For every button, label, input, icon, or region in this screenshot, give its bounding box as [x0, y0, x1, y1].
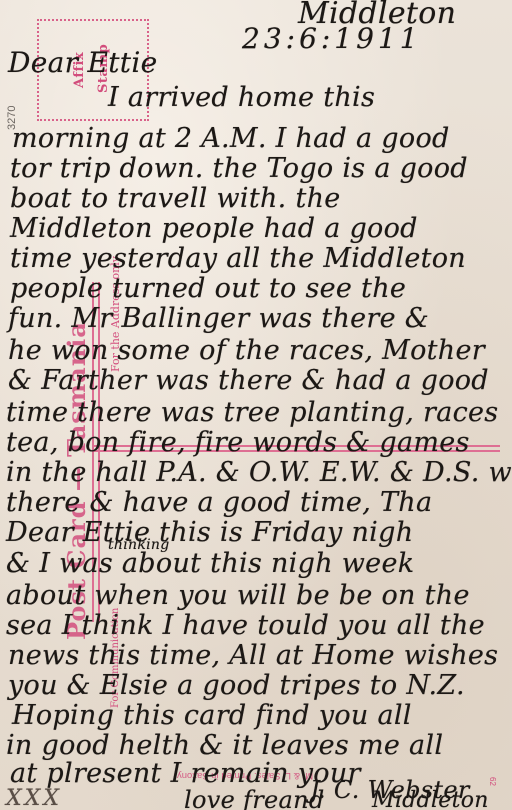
- letter-line: morning at 2 A.M. I had a good: [12, 123, 450, 154]
- letter-line: tea, bon fire, fire words & games: [6, 427, 470, 458]
- letter-line: Dear Ettie this is Friday nigh: [6, 517, 413, 548]
- serial-number: 62: [488, 777, 497, 786]
- letter-line: he won some of the races, Mother: [8, 335, 485, 366]
- letter-line: at plresent I remain your: [10, 758, 361, 789]
- letter-line: Middleton people had a good: [10, 213, 418, 244]
- closing: love freand: [184, 786, 325, 810]
- letter-line: in good helth & it leaves me all: [6, 730, 443, 761]
- letter-line: about when you will be be on the: [6, 580, 470, 611]
- kisses: XXX: [6, 786, 62, 810]
- letter-line: fun. Mr Ballinger was there &: [8, 303, 429, 334]
- letter-line: I arrived home this: [108, 82, 375, 113]
- salutation: Dear Ettie: [8, 46, 157, 79]
- letter-line: sea I think I have tould you all the: [6, 610, 485, 641]
- postcard: 3270 Affix Stamp Post Card — Tasmania Fo…: [0, 0, 512, 810]
- letter-line: news this time, All at Home wishes: [8, 640, 498, 671]
- letter-line: there & have a good time, Tha: [6, 487, 432, 518]
- letter-line: people turned out to see the: [10, 273, 406, 304]
- letter-line: you & Elsie a good tripes to N.Z.: [8, 670, 465, 701]
- letter-line: Hoping this card find you all: [12, 700, 412, 731]
- signature-place: Middleton: [372, 788, 489, 810]
- header-date: 23:6:1911: [242, 22, 422, 55]
- letter-line: & I was about this nigh week: [6, 548, 414, 579]
- letter-line: & Farther was there & had a good: [8, 365, 489, 396]
- letter-line: tor trip down. the Togo is a good: [10, 153, 468, 184]
- letter-line: time there was tree planting, races: [6, 397, 498, 428]
- letter-line: in the hall P.A. & O.W. E.W. & D.S. was: [6, 457, 512, 488]
- letter-line: time yesterday all the Middleton: [10, 243, 466, 274]
- letter-line: boat to travell with. the: [10, 183, 341, 214]
